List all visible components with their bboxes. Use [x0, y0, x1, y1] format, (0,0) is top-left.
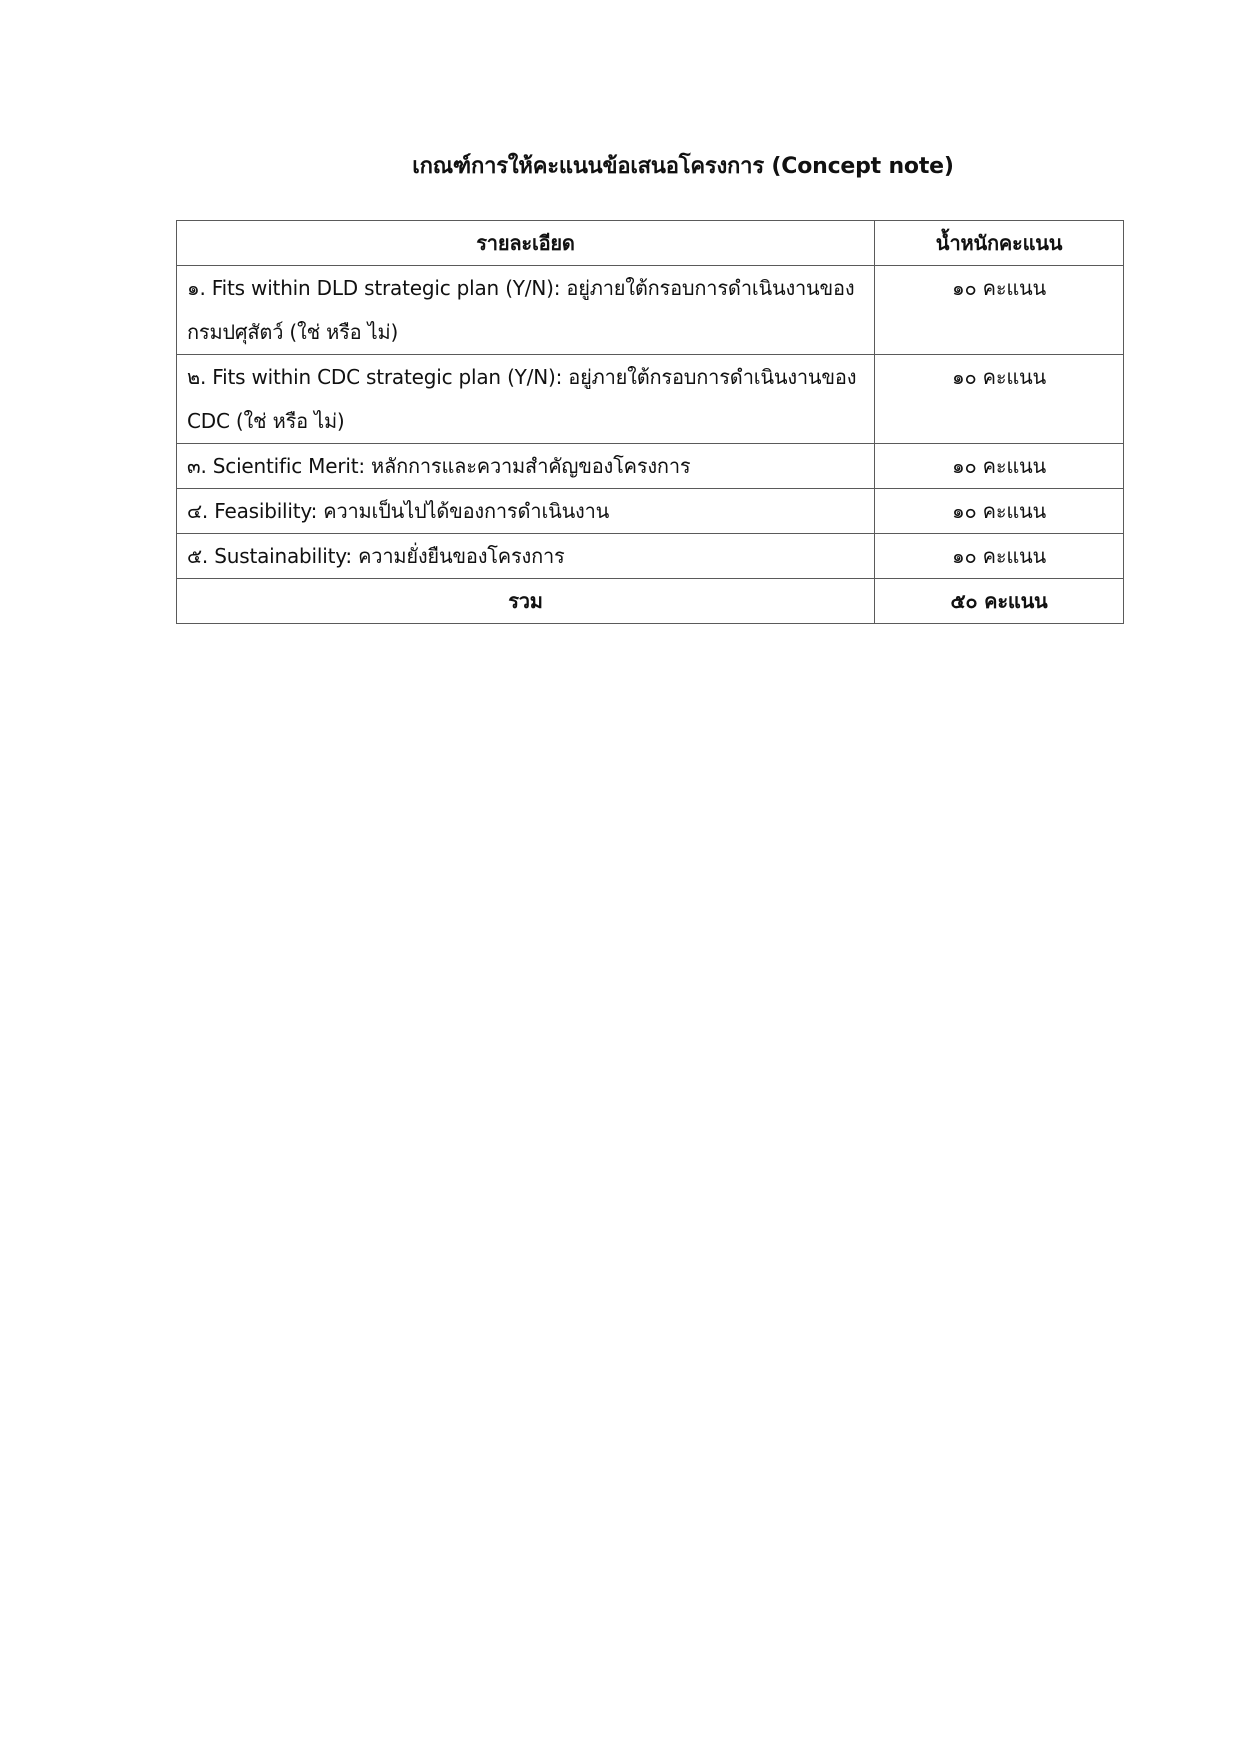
criterion-weight: ๑๐ คะแนน [875, 534, 1124, 579]
criterion-description: ๔. Feasibility: ความเป็นไปได้ของการดำเนิ… [177, 489, 875, 534]
criterion-description: ๑. Fits within DLD strategic plan (Y/N):… [177, 266, 875, 355]
criterion-description: ๒. Fits within CDC strategic plan (Y/N):… [177, 355, 875, 444]
table-row: ๑. Fits within DLD strategic plan (Y/N):… [177, 266, 1124, 355]
table-row: ๔. Feasibility: ความเป็นไปได้ของการดำเนิ… [177, 489, 1124, 534]
criterion-weight: ๑๐ คะแนน [875, 444, 1124, 489]
table-row: ๕. Sustainability: ความยั่งยืนของโครงการ… [177, 534, 1124, 579]
header-description: รายละเอียด [177, 221, 875, 266]
page-title: เกณฑ์การให้คะแนนข้อเสนอโครงการ (Concept … [0, 150, 1241, 184]
header-weight: น้ำหนักคะแนน [875, 221, 1124, 266]
criterion-description: ๕. Sustainability: ความยั่งยืนของโครงการ [177, 534, 875, 579]
total-label: รวม [177, 579, 875, 624]
table-row: ๓. Scientific Merit: หลักการและความสำคัญ… [177, 444, 1124, 489]
table-row: ๒. Fits within CDC strategic plan (Y/N):… [177, 355, 1124, 444]
total-weight: ๕๐ คะแนน [875, 579, 1124, 624]
criterion-description: ๓. Scientific Merit: หลักการและความสำคัญ… [177, 444, 875, 489]
table-header-row: รายละเอียด น้ำหนักคะแนน [177, 221, 1124, 266]
total-row: รวม ๕๐ คะแนน [177, 579, 1124, 624]
criterion-weight: ๑๐ คะแนน [875, 489, 1124, 534]
criterion-weight: ๑๐ คะแนน [875, 355, 1124, 444]
criterion-weight: ๑๐ คะแนน [875, 266, 1124, 355]
scoring-criteria-table: รายละเอียด น้ำหนักคะแนน ๑. Fits within D… [176, 220, 1124, 624]
